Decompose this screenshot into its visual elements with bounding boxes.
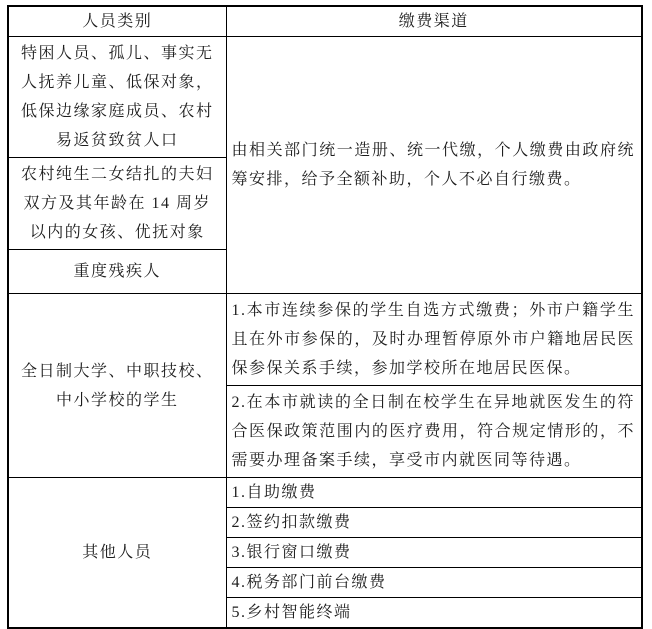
- channel-cell-students-2: 2.在本市就读的全日制在校学生在异地就医发生的符合医保政策范围内的医疗费用，符合…: [226, 386, 642, 478]
- category-cell-other-personnel: 其他人员: [8, 478, 226, 629]
- category-cell-rural-two-daughter-couples: 农村纯生二女结扎的夫妇双方及其年龄在 14 周岁以内的女孩、优抚对象: [8, 158, 226, 250]
- channel-cell-rural-smart-terminal: 5.乡村智能终端: [226, 598, 642, 629]
- category-cell-students: 全日制大学、中职技校、中小学校的学生: [8, 294, 226, 478]
- category-cell-severely-disabled: 重度残疾人: [8, 250, 226, 294]
- payment-channel-table: 人员类别 缴费渠道 特困人员、孤儿、事实无人抚养儿童、低保对象，低保边缘家庭成员…: [7, 5, 643, 629]
- table-row: 其他人员 1.自助缴费: [8, 478, 642, 508]
- channel-cell-government-subsidized: 由相关部门统一造册、统一代缴，个人缴费由政府统筹安排，给予全额补助，个人不必自行…: [226, 37, 642, 294]
- column-header-payment-channel: 缴费渠道: [226, 6, 642, 37]
- table-row: 特困人员、孤儿、事实无人抚养儿童、低保对象，低保边缘家庭成员、农村易返贫致贫人口…: [8, 37, 642, 158]
- table-header-row: 人员类别 缴费渠道: [8, 6, 642, 37]
- channel-cell-bank-counter: 3.银行窗口缴费: [226, 538, 642, 568]
- category-cell-hardship-groups: 特困人员、孤儿、事实无人抚养儿童、低保对象，低保边缘家庭成员、农村易返贫致贫人口: [8, 37, 226, 158]
- channel-cell-contracted-deduction: 2.签约扣款缴费: [226, 508, 642, 538]
- channel-cell-self-service: 1.自助缴费: [226, 478, 642, 508]
- table-row: 全日制大学、中职技校、中小学校的学生 1.本市连续参保的学生自选方式缴费；外市户…: [8, 294, 642, 386]
- channel-cell-tax-office-counter: 4.税务部门前台缴费: [226, 568, 642, 598]
- column-header-personnel-category: 人员类别: [8, 6, 226, 37]
- channel-cell-students-1: 1.本市连续参保的学生自选方式缴费；外市户籍学生且在外市参保的，及时办理暂停原外…: [226, 294, 642, 386]
